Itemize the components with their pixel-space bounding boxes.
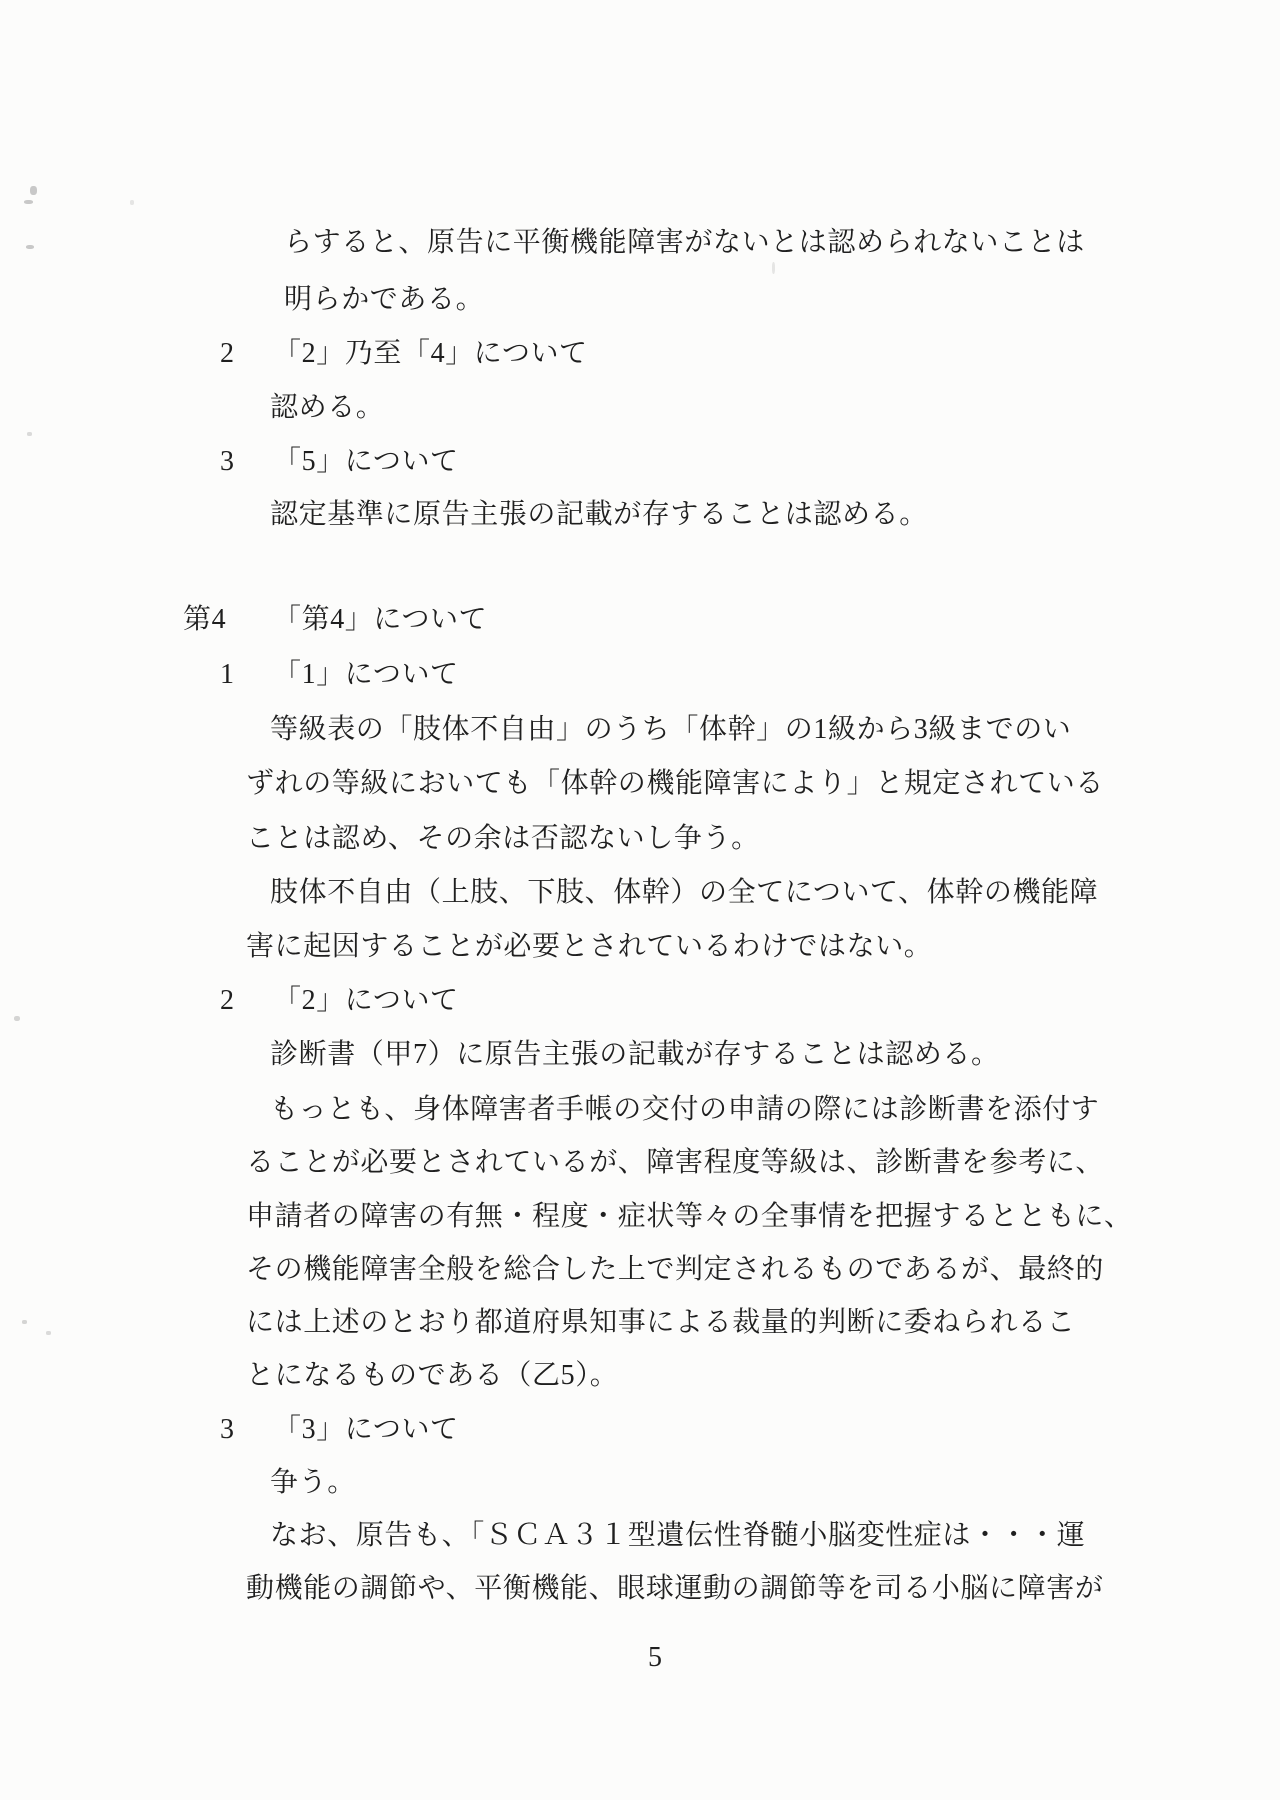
- body-line: ずれの等級においても「体幹の機能障害により」と規定されている: [246, 767, 1104, 801]
- body-line: 争う。: [270, 1466, 356, 1500]
- numbered-item-line: 2「2」乃至「4」について: [220, 337, 588, 371]
- scan-artifact: [760, 1102, 764, 1106]
- section-heading-line: 第4「第4」について: [183, 603, 487, 637]
- scanned-document-page: らすると、原告に平衡機能障害がないとは認められないことは 明らかである。 2「2…: [0, 0, 1280, 1800]
- body-line: その機能障害全般を総合した上で判定されるものであるが、最終的: [246, 1253, 1104, 1287]
- body-line: 認める。: [270, 391, 384, 425]
- body-line: 申請者の障害の有無・程度・症状等々の全事情を把握するとともに、: [246, 1200, 1133, 1234]
- body-line: とになるものである（乙5）。: [246, 1359, 618, 1393]
- section-heading: 「第4」について: [273, 604, 487, 635]
- item-number: 2: [220, 337, 273, 371]
- body-line: 等級表の「肢体不自由」のうち「体幹」の1級から3級までのい: [270, 713, 1071, 747]
- scan-artifact: [27, 432, 32, 436]
- body-line: には上述のとおり都道府県知事による裁量的判断に委ねられるこ: [246, 1306, 1075, 1340]
- item-heading: 「2」乃至「4」について: [273, 338, 588, 369]
- item-heading: 「5」について: [273, 446, 459, 477]
- body-line: 害に起因することが必要とされているわけではない。: [246, 930, 932, 964]
- item-heading: 「2」について: [273, 985, 459, 1016]
- numbered-item-line: 3「5」について: [220, 445, 459, 479]
- item-heading: 「3」について: [273, 1414, 459, 1445]
- body-line: ることが必要とされているが、障害程度等級は、診断書を参考に、: [246, 1146, 1104, 1180]
- item-number: 1: [220, 658, 273, 692]
- numbered-item-line: 3「3」について: [220, 1413, 459, 1447]
- body-line: ことは認め、その余は否認ないし争う。: [246, 822, 760, 856]
- scan-artifact: [46, 1331, 51, 1335]
- scan-artifact: [130, 200, 134, 205]
- body-line: らすると、原告に平衡機能障害がないとは認められないことは: [284, 226, 1085, 260]
- body-line: 認定基準に原告主張の記載が存することは認める。: [270, 498, 928, 532]
- numbered-item-line: 1「1」について: [220, 658, 459, 692]
- body-line: 動機能の調節や、平衡機能、眼球運動の調節等を司る小脳に障害が: [246, 1572, 1103, 1606]
- body-line: なお、原告も、「ＳＣＡ３１型遺伝性脊髄小脳変性症は・・・運: [270, 1519, 1085, 1553]
- body-line: 明らかである。: [284, 283, 484, 317]
- item-number: 3: [220, 1413, 273, 1447]
- scan-artifact: [22, 1320, 27, 1324]
- body-line: もっとも、身体障害者手帳の交付の申請の際には診断書を添付す: [270, 1093, 1099, 1127]
- scan-artifact: [26, 245, 34, 249]
- scan-artifact: [24, 200, 33, 204]
- scan-artifact: [772, 262, 775, 274]
- section-number: 第4: [183, 603, 273, 637]
- numbered-item-line: 2「2」について: [220, 984, 459, 1018]
- body-line: 肢体不自由（上肢、下肢、体幹）の全てについて、体幹の機能障: [270, 876, 1098, 910]
- page-number: 5: [600, 1641, 710, 1675]
- scan-artifact: [30, 186, 37, 195]
- item-heading: 「1」について: [273, 659, 459, 690]
- item-number: 2: [220, 984, 273, 1018]
- scan-artifact: [14, 1016, 20, 1021]
- item-number: 3: [220, 445, 273, 479]
- body-line: 診断書（甲7）に原告主張の記載が存することは認める。: [270, 1038, 1000, 1072]
